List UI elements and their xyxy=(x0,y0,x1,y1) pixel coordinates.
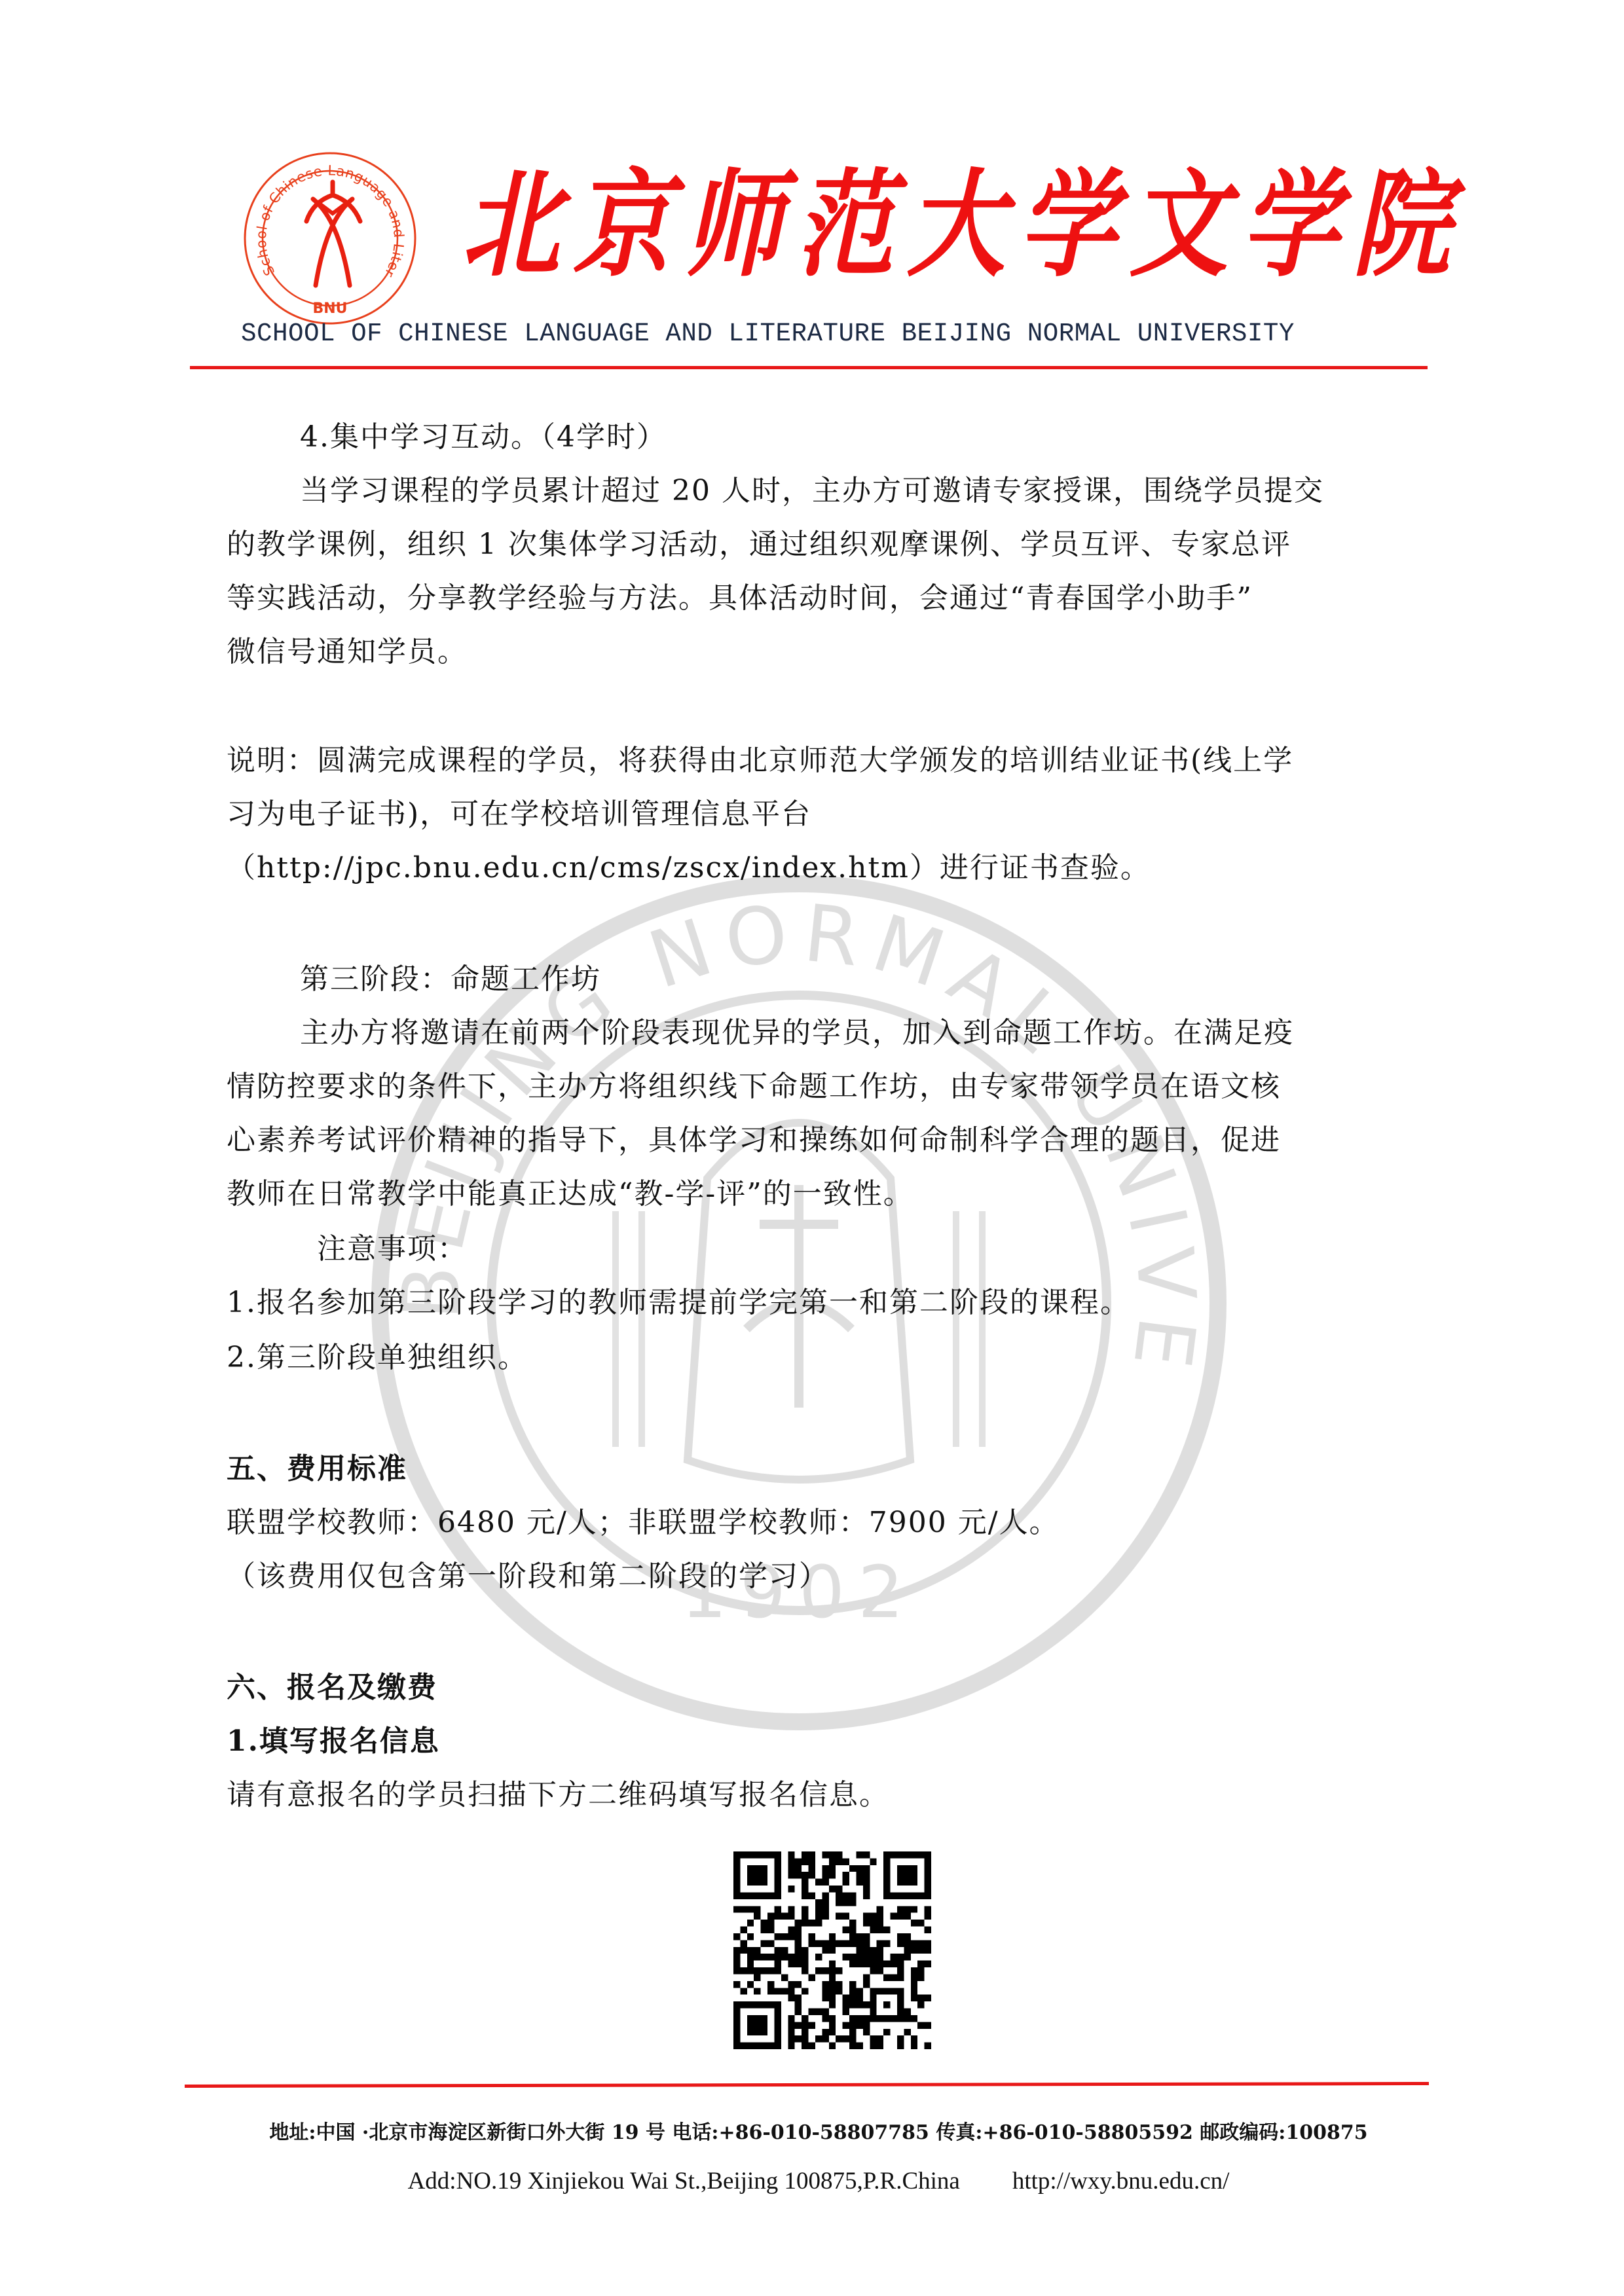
stage3-line: 情防控要求的条件下，主办方将组织线下命题工作坊，由专家带领学员在语文核 xyxy=(227,1067,1281,1106)
fee-note: （该费用仅包含第一阶段和第二阶段的学习） xyxy=(227,1557,829,1596)
section5-heading: 五、费用标准 xyxy=(227,1449,407,1489)
fee-line: 联盟学校教师：6480 元/人；非联盟学校教师：7900 元/人。 xyxy=(227,1503,1060,1542)
svg-text:BNU: BNU xyxy=(312,301,347,317)
footer-divider xyxy=(185,2082,1429,2088)
stage3-line: 教师在日常教学中能真正达成“教-学-评”的一致性。 xyxy=(227,1175,913,1214)
note-line: 习为电子证书)，可在学校培训管理信息平台 xyxy=(227,795,811,834)
footer-contact-cn: 地址:中国 ·北京市海淀区新街口外大街 19 号 电话:+86-010-5880… xyxy=(196,2116,1441,2145)
stage3-heading: 第三阶段：命题工作坊 xyxy=(300,960,601,999)
item4-line: 微信号通知学员。 xyxy=(227,632,468,672)
footer-contact-en: Add:NO.19 Xinjiekou Wai St.,Beijing 1008… xyxy=(196,2167,1441,2195)
item4-line: 等实践活动，分享教学经验与方法。具体活动时间，会通过“青春国学小助手” xyxy=(227,579,1253,618)
section6-heading: 六、报名及缴费 xyxy=(227,1668,437,1707)
registration-qr-code[interactable] xyxy=(732,1851,932,2049)
notice-item: 2.第三阶段单独组织。 xyxy=(227,1338,528,1377)
footer-address-en: Add:NO.19 Xinjiekou Wai St.,Beijing 1008… xyxy=(408,2168,960,2195)
header-divider xyxy=(190,366,1428,369)
note-line: 说明：圆满完成课程的学员，将获得由北京师范大学颁发的培训结业证书(线上学 xyxy=(227,741,1293,780)
stage3-line: 心素养考试评价精神的指导下，具体学习和操练如何命制科学合理的题目，促进 xyxy=(227,1121,1281,1160)
school-title-english: SCHOOL OF CHINESE LANGUAGE AND LITERATUR… xyxy=(241,319,1371,349)
item4-heading: 4.集中学习互动。（4学时） xyxy=(300,418,667,457)
section6-text: 请有意报名的学员扫描下方二维码填写报名信息。 xyxy=(227,1776,889,1815)
school-logo: School of Chinese Language and Literatur… xyxy=(241,148,419,330)
notice-item: 1.报名参加第三阶段学习的教师需提前学完第一和第二阶段的课程。 xyxy=(227,1283,1130,1322)
school-title-chinese: 北京师范大学文学院 xyxy=(462,167,1464,283)
notice-heading: 注意事项： xyxy=(317,1230,468,1269)
section6-subheading: 1.填写报名信息 xyxy=(227,1722,440,1761)
footer-website-link[interactable]: http://wxy.bnu.edu.cn/ xyxy=(1012,2168,1230,2195)
stage3-line: 主办方将邀请在前两个阶段表现优异的学员，加入到命题工作坊。在满足疫 xyxy=(300,1013,1294,1053)
certificate-link[interactable]: （http://jpc.bnu.edu.cn/cms/zscx/index.ht… xyxy=(227,848,1151,888)
item4-line: 当学习课程的学员累计超过 20 人时，主办方可邀请专家授课，围绕学员提交 xyxy=(300,471,1324,511)
item4-line: 的教学课例，组织 1 次集体学习活动，通过组织观摩课例、学员互评、专家总评 xyxy=(227,525,1291,564)
